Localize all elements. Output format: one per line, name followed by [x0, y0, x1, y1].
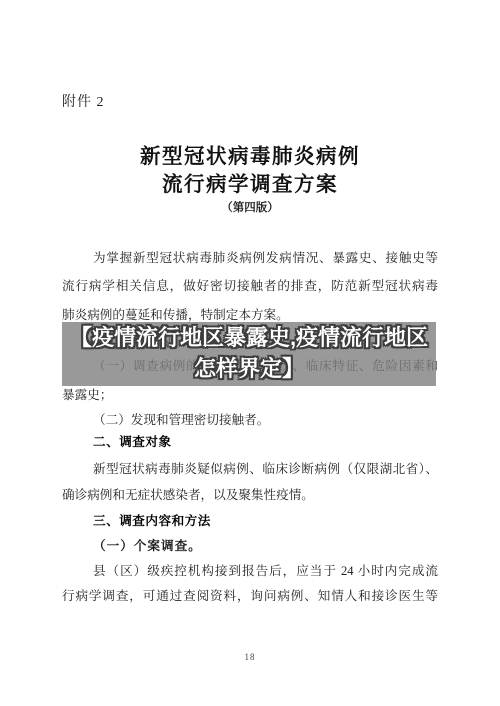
document-page: 附件 2 新型冠状病毒肺炎病例 流行病学调查方案 （第四版） 为掌握新型冠状病毒…	[0, 0, 500, 706]
body-line: 行病学调查，可通过查阅资料，询问病例、知情人和接诊医生等	[62, 586, 438, 606]
page-number: 18	[0, 652, 500, 662]
attachment-label: 附件 2	[62, 91, 105, 111]
watermark-text-line-1: 【疫情流行地区暴露史,疫情流行地区	[62, 322, 436, 353]
body-line: 流行病学相关信息，做好密切接触者的排查，防范新型冠状病毒	[62, 276, 438, 296]
edition-label: （第四版）	[62, 199, 438, 215]
body-line: 新型冠状病毒肺炎疑似病例、临床诊断病例（仅限湖北省）、	[62, 459, 438, 479]
section-heading-2: 二、调查对象	[62, 432, 438, 452]
body-line: 县（区）级疾控机构接到报告后，应当于 24 小时内完成流	[62, 561, 438, 581]
subsection-heading: （一）个案调查。	[62, 536, 438, 556]
section-heading-3: 三、调查内容和方法	[62, 511, 438, 531]
document-title-line-1: 新型冠状病毒肺炎病例	[62, 139, 438, 169]
watermark-overlay: 【疫情流行地区暴露史,疫情流行地区 怎样界定】	[62, 322, 436, 386]
document-title-line-2: 流行病学调查方案	[62, 167, 438, 197]
body-line: 暴露史；	[62, 385, 438, 405]
body-line: 确诊病例和无症状感染者，以及聚集性疫情。	[62, 485, 438, 505]
body-line: （二）发现和管理密切接触者。	[62, 410, 438, 430]
watermark-text-line-2: 怎样界定】	[62, 353, 436, 384]
body-line: 为掌握新型冠状病毒肺炎病例发病情况、暴露史、接触史等	[62, 248, 438, 268]
